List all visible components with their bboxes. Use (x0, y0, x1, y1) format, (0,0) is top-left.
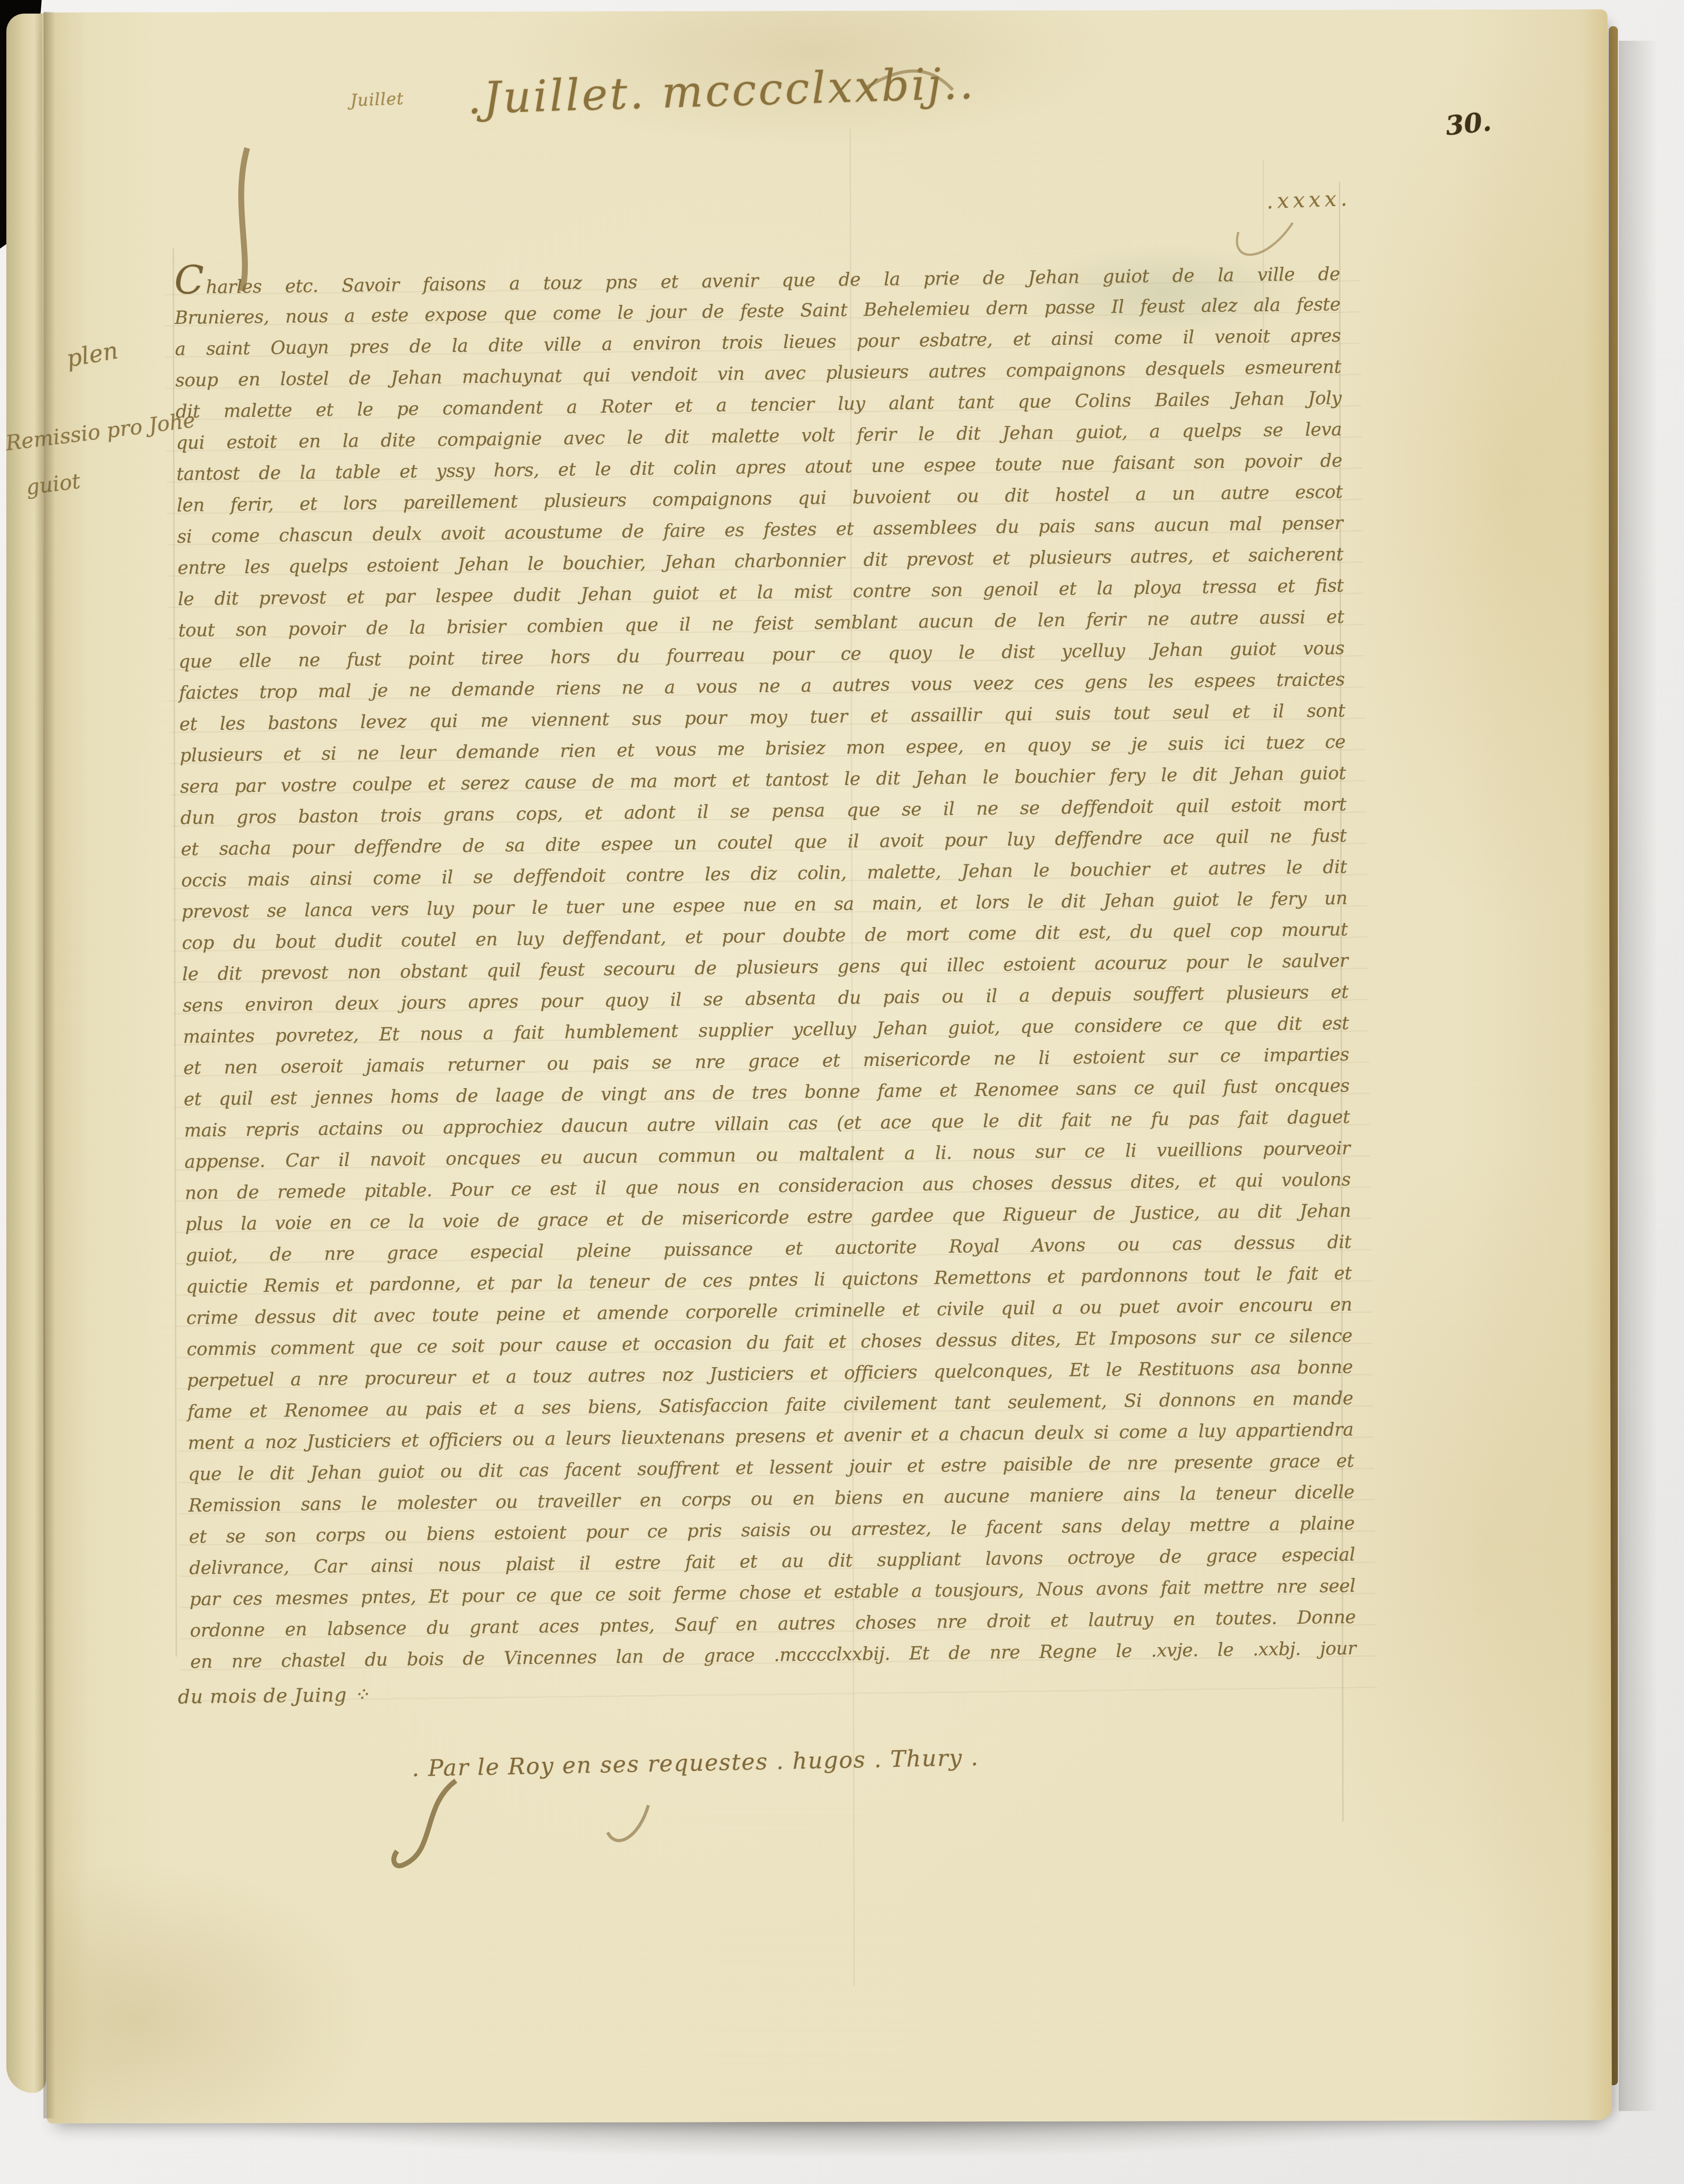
margin-month-label: Juillet (350, 89, 404, 110)
chancery-signature-line: . Par le Roy en ses requestes . hugos . … (412, 1744, 979, 1781)
body-text-block: Charles etc. Savoir faisons a touz pns e… (174, 258, 1356, 1678)
page-heading-date: .Juillet. mcccclxxbij.. (467, 58, 976, 124)
previous-leaf-edge (6, 14, 46, 2093)
quire-mark: .xxxx. (1266, 186, 1352, 213)
gutter-shadow (43, 12, 55, 2118)
manuscript-page: Juillet .Juillet. mcccclxxbij.. 30. .xxx… (42, 9, 1612, 2123)
body-final-line: du mois de Juing ⁘ (178, 1683, 370, 1708)
page-right-shadow (1619, 41, 1658, 2111)
folio-number: 30. (1444, 106, 1493, 141)
margin-note-plen: plen (64, 337, 120, 373)
page-bottom-shadow (63, 2121, 1603, 2166)
